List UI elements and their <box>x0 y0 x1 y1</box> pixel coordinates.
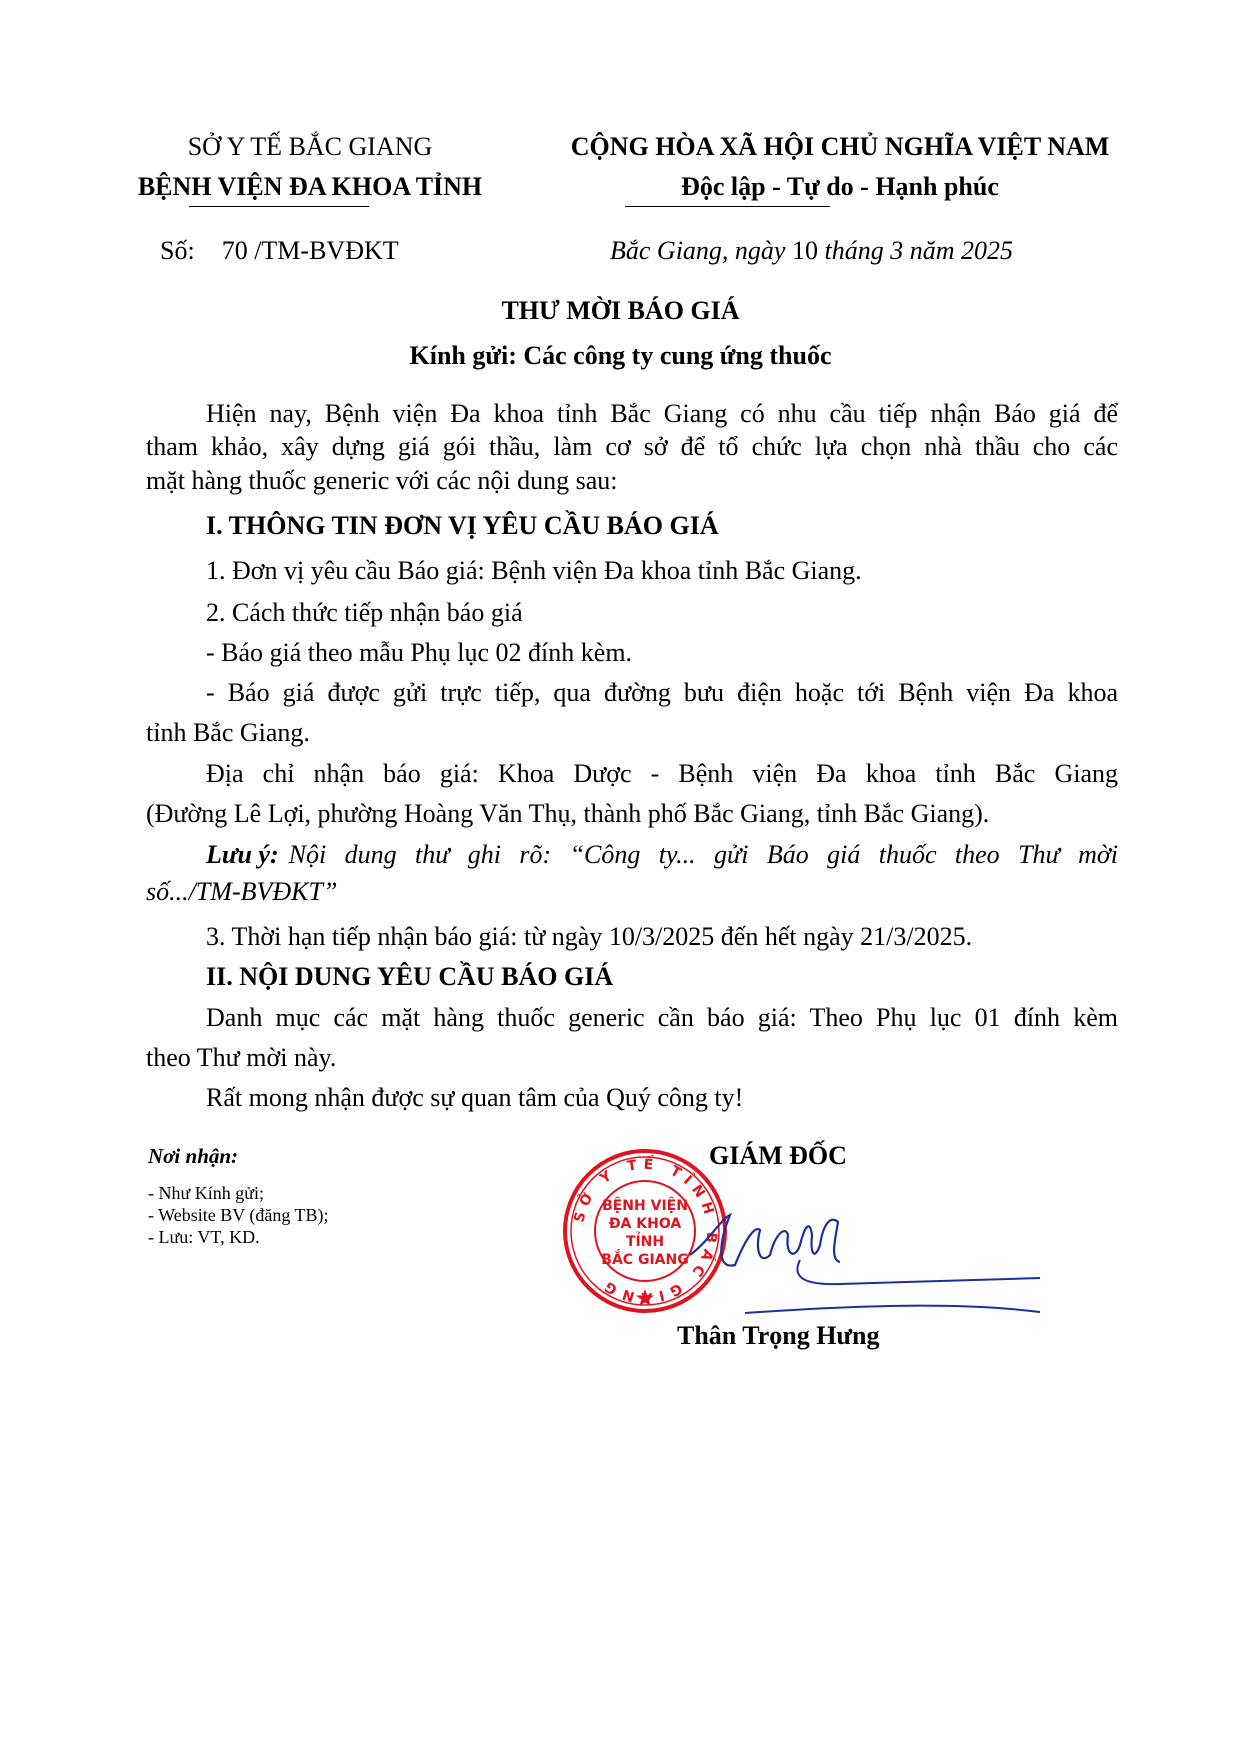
document-date: Bắc Giang, ngày 10 tháng 3 năm 2025 <box>610 236 1013 266</box>
recipient-line: Kính gửi: Các công ty cung ứng thuốc <box>0 341 1241 371</box>
stamp-line-3: TỈNH <box>626 1231 664 1250</box>
receivers-label: Nơi nhận: <box>148 1144 238 1169</box>
document-number: Số: 70 /TM-BVĐKT <box>160 236 399 266</box>
note-line-2: số.../TM-BVĐKT” <box>146 877 1118 907</box>
number-suffix: /TM-BVĐKT <box>254 236 398 265</box>
closing-line: Rất mong nhận được sự quan tâm của Quý c… <box>146 1083 1118 1113</box>
note-line-1: Lưu ý: Nội dung thư ghi rõ: “Công ty... … <box>146 840 1118 870</box>
section-2-line-2: theo Thư mời này. <box>146 1043 1118 1073</box>
date-place: Bắc Giang, ngày <box>610 236 785 265</box>
note-text: Nội dung thư ghi rõ: “Công ty... gửi Báo… <box>289 840 1118 870</box>
section-1-item-1: 1. Đơn vị yêu cầu Báo giá: Bệnh viện Đa … <box>146 556 1118 586</box>
note-label: Lưu ý: <box>206 840 279 870</box>
receiver-item: - Lưu: VT, KD. <box>148 1227 260 1248</box>
agency-name: SỞ Y TẾ BẮC GIANG <box>100 132 520 162</box>
section-1-bullet-2-line-2: tỉnh Bắc Giang. <box>146 718 1118 748</box>
section-1-bullet-1: - Báo giá theo mẫu Phụ lục 02 đính kèm. <box>146 638 1118 668</box>
date-rest: tháng 3 năm 2025 <box>824 236 1013 265</box>
intro-line-2: tham khảo, xây dựng giá gói thầu, làm cơ… <box>146 432 1118 462</box>
date-day: 10 <box>792 236 818 265</box>
receiver-item: - Website BV (đăng TB); <box>148 1205 329 1226</box>
organization-name: BỆNH VIỆN ĐA KHOA TỈNH <box>100 172 520 202</box>
section-2-line-1: Danh mục các mặt hàng thuốc generic cần … <box>146 1003 1118 1033</box>
intro-line-1: Hiện nay, Bệnh viện Đa khoa tỉnh Bắc Gia… <box>146 399 1118 429</box>
intro-line-3: mặt hàng thuốc generic với các nội dung … <box>146 466 1118 496</box>
signer-name: Thân Trọng Hưng <box>677 1321 880 1351</box>
section-1-bullet-2-line-1: - Báo giá được gửi trực tiếp, qua đường … <box>146 678 1118 708</box>
motto-underline <box>625 206 830 207</box>
section-2-heading: II. NỘI DUNG YÊU CẦU BÁO GIÁ <box>146 962 1118 992</box>
national-motto: Độc lập - Tự do - Hạnh phúc <box>540 172 1140 202</box>
number-label: Số: <box>160 236 195 265</box>
handwritten-signature <box>660 1200 1050 1320</box>
address-line-1: Địa chỉ nhận báo giá: Khoa Dược - Bệnh v… <box>146 759 1118 789</box>
address-line-2: (Đường Lê Lợi, phường Hoàng Văn Thụ, thà… <box>146 799 1118 829</box>
number-value: 70 <box>222 236 248 265</box>
section-1-item-2: 2. Cách thức tiếp nhận báo giá <box>146 598 1118 628</box>
section-1-item-3: 3. Thời hạn tiếp nhận báo giá: từ ngày 1… <box>146 922 1118 952</box>
country-name: CỘNG HÒA XÃ HỘI CHỦ NGHĨA VIỆT NAM <box>540 132 1140 162</box>
organization-underline <box>189 206 369 207</box>
receiver-item: - Như Kính gửi; <box>148 1183 264 1204</box>
document-title: THƯ MỜI BÁO GIÁ <box>0 296 1241 326</box>
section-1-heading: I. THÔNG TIN ĐƠN VỊ YÊU CẦU BÁO GIÁ <box>146 511 1118 541</box>
